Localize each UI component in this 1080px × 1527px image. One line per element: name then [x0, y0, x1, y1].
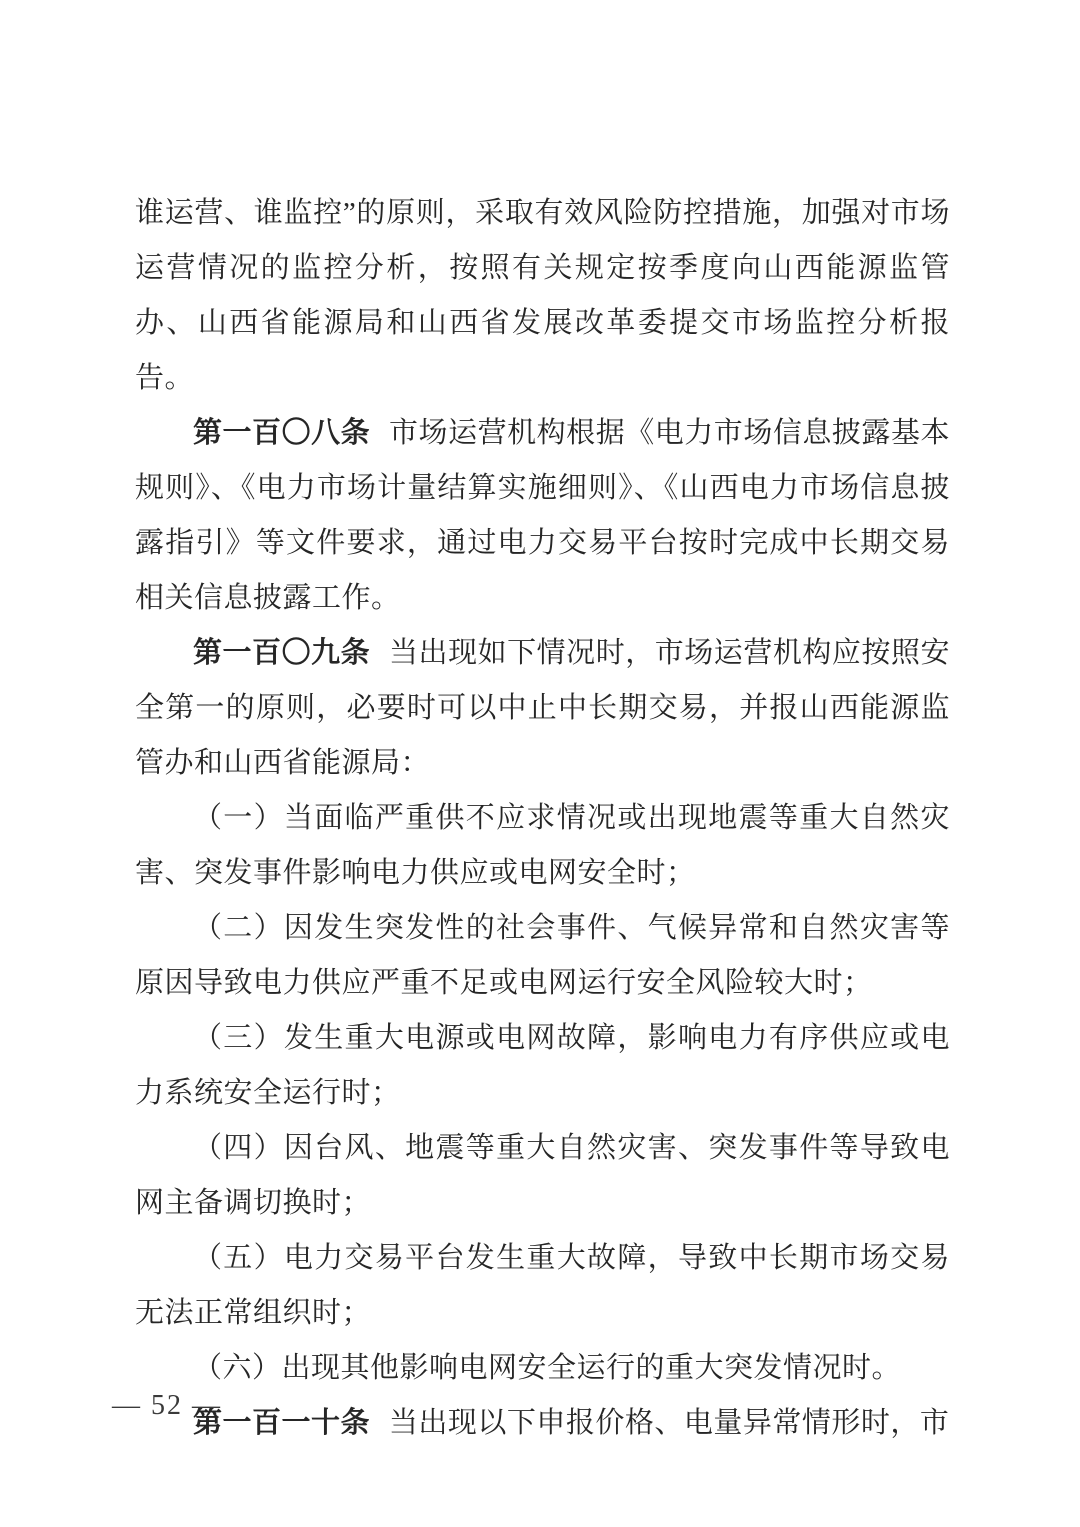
paragraph-text: 当出现以下申报价格、电量异常情形时，市 [389, 1407, 950, 1439]
document-page: 谁运营、谁监控”的原则，采取有效风险防控措施，加强对市场运营情况的监控分析，按照… [0, 0, 1080, 1527]
article-number-heading: 第一百〇八条 [193, 417, 389, 449]
clause-item-5: （五）电力交易平台发生重大故障，导致中长期市场交易无法正常组织时； [135, 1231, 950, 1341]
paragraph-text: （二）因发生突发性的社会事件、气候异常和自然灾害等原因导致电力供应严重不足或电网… [135, 912, 950, 999]
paragraph-text: （四）因台风、地震等重大自然灾害、突发事件等导致电网主备调切换时； [135, 1132, 950, 1219]
article-number-heading: 第一百一十条 [193, 1407, 389, 1439]
paragraph-text: （五）电力交易平台发生重大故障，导致中长期市场交易无法正常组织时； [135, 1242, 950, 1329]
paragraph-article-108: 第一百〇八条市场运营机构根据《电力市场信息披露基本规则》、《电力市场计量结算实施… [135, 406, 950, 626]
paragraph-text: （三）发生重大电源或电网故障，影响电力有序供应或电力系统安全运行时； [135, 1022, 950, 1109]
clause-item-3: （三）发生重大电源或电网故障，影响电力有序供应或电力系统安全运行时； [135, 1011, 950, 1121]
clause-item-2: （二）因发生突发性的社会事件、气候异常和自然灾害等原因导致电力供应严重不足或电网… [135, 901, 950, 1011]
paragraph-text: （一）当面临严重供不应求情况或出现地震等重大自然灾害、突发事件影响电力供应或电网… [135, 802, 950, 889]
article-number-heading: 第一百〇九条 [193, 637, 389, 669]
document-body: 谁运营、谁监控”的原则，采取有效风险防控措施，加强对市场运营情况的监控分析，按照… [135, 186, 950, 1451]
paragraph-article-110: 第一百一十条当出现以下申报价格、电量异常情形时，市 [135, 1396, 950, 1451]
clause-item-4: （四）因台风、地震等重大自然灾害、突发事件等导致电网主备调切换时； [135, 1121, 950, 1231]
clause-item-6: （六）出现其他影响电网安全运行的重大突发情况时。 [135, 1341, 950, 1396]
page-number: — 52 — [112, 1390, 222, 1422]
paragraph-text: 谁运营、谁监控”的原则，采取有效风险防控措施，加强对市场运营情况的监控分析，按照… [135, 197, 950, 394]
paragraph-article-109: 第一百〇九条当出现如下情况时，市场运营机构应按照安全第一的原则，必要时可以中止中… [135, 626, 950, 791]
paragraph-continuation: 谁运营、谁监控”的原则，采取有效风险防控措施，加强对市场运营情况的监控分析，按照… [135, 186, 950, 406]
clause-item-1: （一）当面临严重供不应求情况或出现地震等重大自然灾害、突发事件影响电力供应或电网… [135, 791, 950, 901]
paragraph-text: （六）出现其他影响电网安全运行的重大突发情况时。 [193, 1352, 901, 1384]
